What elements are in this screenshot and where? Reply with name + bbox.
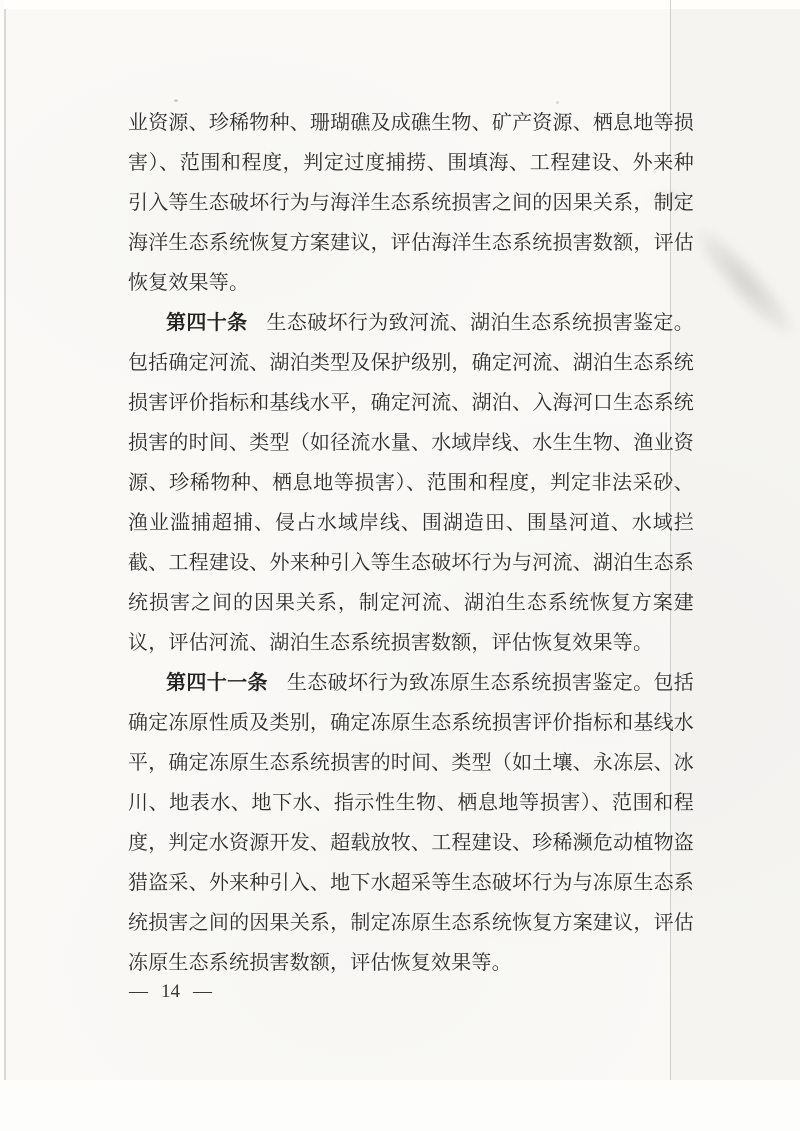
- paragraph-article-40: 第四十条生态破坏行为致河流、湖泊生态系统损害鉴定。包括确定河流、湖泊类型及保护级…: [128, 303, 694, 663]
- scan-bottom-edge: [0, 1080, 800, 1131]
- footer-left-dash: —: [129, 980, 148, 1004]
- paragraph-continuation: 业资源、珍稀物种、珊瑚礁及成礁生物、矿产资源、栖息地等损害）、范围和程度，判定过…: [128, 103, 694, 303]
- document-body: 业资源、珍稀物种、珊瑚礁及成礁生物、矿产资源、栖息地等损害）、范围和程度，判定过…: [128, 103, 694, 983]
- page-number: 14: [161, 980, 180, 1004]
- scanned-document-page: 业资源、珍稀物种、珊瑚礁及成礁生物、矿产资源、栖息地等损害）、范围和程度，判定过…: [0, 0, 800, 1131]
- footer-right-dash: —: [193, 980, 212, 1004]
- paragraph-text: 业资源、珍稀物种、珊瑚礁及成礁生物、矿产资源、栖息地等损害）、范围和程度，判定过…: [128, 112, 694, 294]
- scan-top-edge: [0, 0, 800, 9]
- scan-speck: [174, 99, 178, 102]
- scan-left-edge-line: [4, 9, 6, 1081]
- paragraph-text: 生态破坏行为致冻原生态系统损害鉴定。包括确定冻原性质及类别，确定冻原生态系统损害…: [128, 672, 694, 974]
- paragraph-article-41: 第四十一条生态破坏行为致冻原生态系统损害鉴定。包括确定冻原性质及类别，确定冻原生…: [128, 663, 694, 983]
- page-number-footer: — 14 —: [129, 980, 212, 1004]
- paragraph-text: 生态破坏行为致河流、湖泊生态系统损害鉴定。包括确定河流、湖泊类型及保护级别，确定…: [128, 312, 694, 654]
- article-number: 第四十一条: [166, 672, 268, 694]
- article-number: 第四十条: [166, 312, 247, 334]
